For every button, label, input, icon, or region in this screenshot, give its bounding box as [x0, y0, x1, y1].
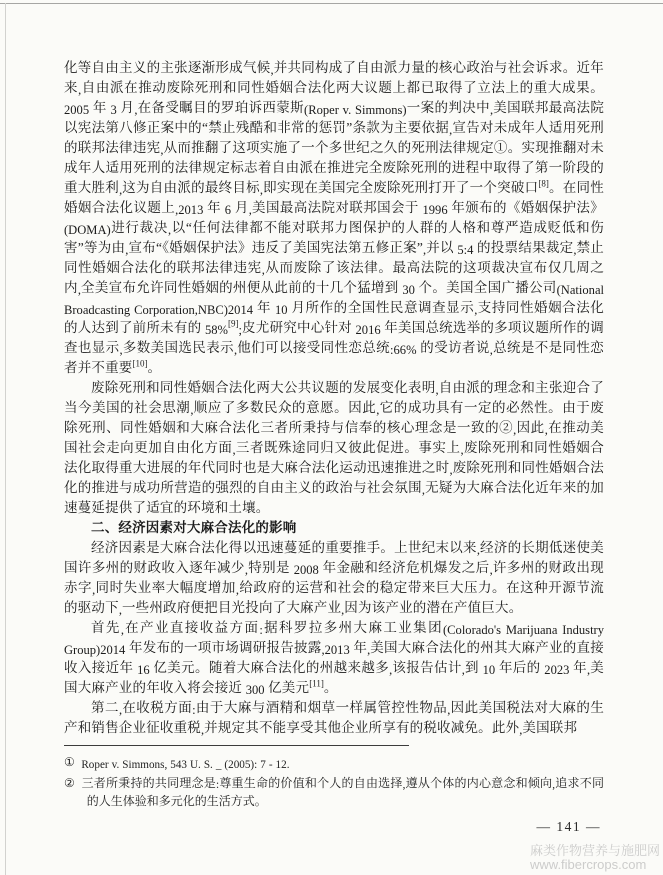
scanned-page: 化等自由主义的主张逐渐形成气候,并共同构成了自由派力量的核心政治与社会诉求。近年… — [0, 0, 663, 875]
page-number: — 141 — — [537, 819, 602, 835]
watermark-url: www.fibercrops.com — [530, 858, 663, 871]
scan-edge-top — [0, 3, 663, 4]
paragraph: 化等自由主义的主张逐渐形成气候,并共同构成了自由派力量的核心政治与社会诉求。近年… — [64, 58, 604, 378]
watermark-site-name: 麻类作物营养与施肥网 — [530, 844, 663, 857]
paragraph: 首先,在产业直接收益方面:据科罗拉多州大麻工业集团(Colorado's Mar… — [64, 618, 604, 698]
watermark: 麻类作物营养与施肥网 www.fibercrops.com — [530, 844, 663, 872]
section-heading: 二、经济因素对大麻合法化的影响 — [64, 518, 604, 538]
footnote-marker: ① — [64, 755, 75, 769]
footnote-divider — [64, 745, 409, 746]
paragraph: 经济因素是大麻合法化得以迅速蔓延的重要推手。上世纪末以来,经济的长期低迷使美国许… — [64, 538, 604, 618]
footnote-marker: ② — [64, 776, 75, 790]
footnotes-section: ①Roper v. Simmons, 543 U. S. _ (2005): 7… — [64, 745, 604, 813]
footnote: ②三者所秉持的共同理念是:尊重生命的价值和个人的自由选择,遵从个体的内心意念和倾… — [64, 775, 604, 811]
footnote: ①Roper v. Simmons, 543 U. S. _ (2005): 7… — [64, 754, 604, 773]
paragraph: 第二,在收税方面:由于大麻与酒精和烟草一样属管控性物品,因此美国税法对大麻的生产… — [64, 698, 604, 738]
footnote-list: ①Roper v. Simmons, 543 U. S. _ (2005): 7… — [64, 754, 604, 811]
scan-edge-left — [5, 3, 6, 875]
document-body: 化等自由主义的主张逐渐形成气候,并共同构成了自由派力量的核心政治与社会诉求。近年… — [64, 58, 604, 738]
paragraph: 废除死刑和同性婚姻合法化两大公共议题的发展变化表明,自由派的理念和主张迎合了当今… — [64, 378, 604, 518]
